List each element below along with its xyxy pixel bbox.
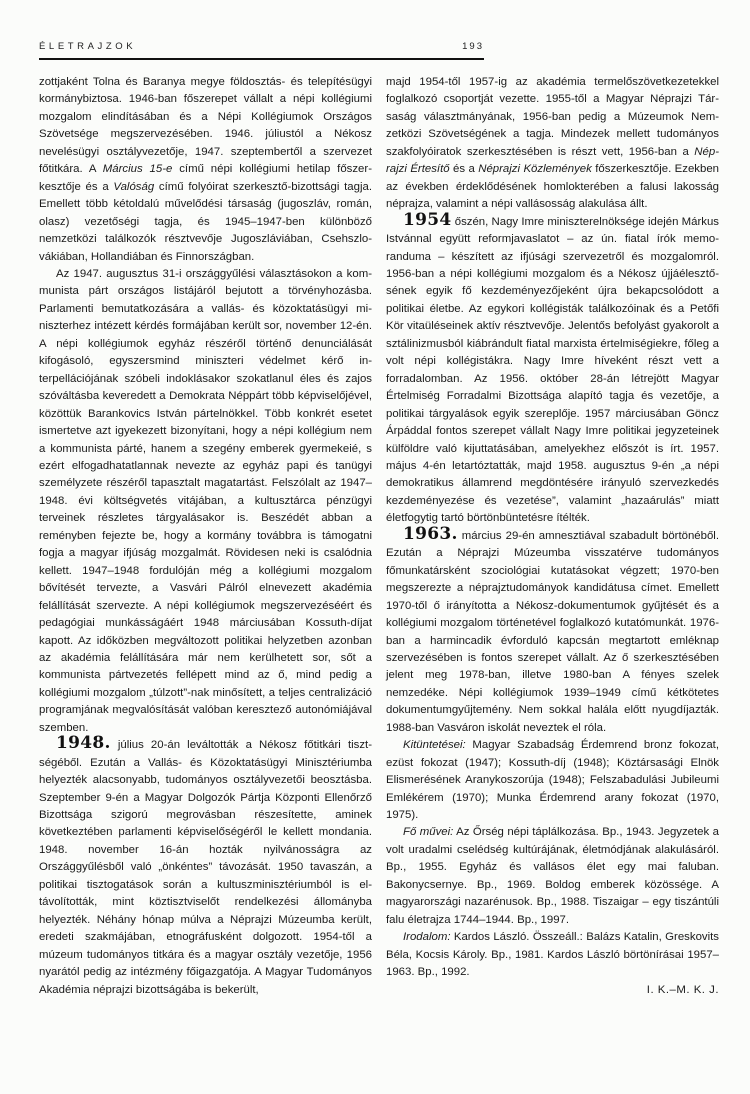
header-rule	[39, 58, 484, 60]
works-label: Fő művei:	[403, 826, 453, 838]
author-signature: I. K.–M. K. J.	[386, 982, 719, 999]
awards-label: Kitüntetései:	[403, 739, 466, 751]
paragraph-early-career: zottjaként Tolna és Baranya megye földos…	[39, 74, 372, 266]
year-heading-1954: 1954	[403, 210, 452, 230]
page-number: 193	[462, 41, 484, 52]
year-heading-1963: 1963.	[403, 524, 458, 544]
paragraph-works: Fő művei: Az Őrség népi táplálkozása. Bp…	[386, 824, 719, 929]
paragraph-1954: 1954 őszén, Nagy Imre miniszterelnöksége…	[386, 214, 719, 528]
right-column: majd 1954-től 1957-ig az akadémia termel…	[386, 74, 719, 999]
paragraph-awards: Kitüntetései: Magyar Szabadság Érdemrend…	[386, 737, 719, 824]
title-valosag: Valóság	[113, 181, 154, 193]
title-neprajzi-kozlemenyek: Néprajzi Közlemények	[478, 163, 592, 175]
paragraph-parliament: Az 1947. augusztus 31-i országgyűlési vá…	[39, 266, 372, 737]
paragraph-academy: majd 1954-től 1957-ig az akadémia termel…	[386, 74, 719, 214]
literature-label: Irodalom:	[403, 931, 450, 943]
paragraph-1963: 1963. március 29-én amnesztiával szabadu…	[386, 528, 719, 737]
left-column: zottjaként Tolna és Baranya megye földos…	[39, 74, 372, 999]
running-title: ÉLETRAJZOK	[39, 41, 136, 52]
year-heading-1948: 1948.	[56, 733, 111, 753]
paragraph-literature: Irodalom: Kardos László. Összeáll.: Balá…	[386, 929, 719, 981]
paragraph-1948: 1948. július 20-án leváltották a Nékosz …	[39, 737, 372, 999]
title-marcius-15e: Március 15-e	[103, 163, 173, 175]
